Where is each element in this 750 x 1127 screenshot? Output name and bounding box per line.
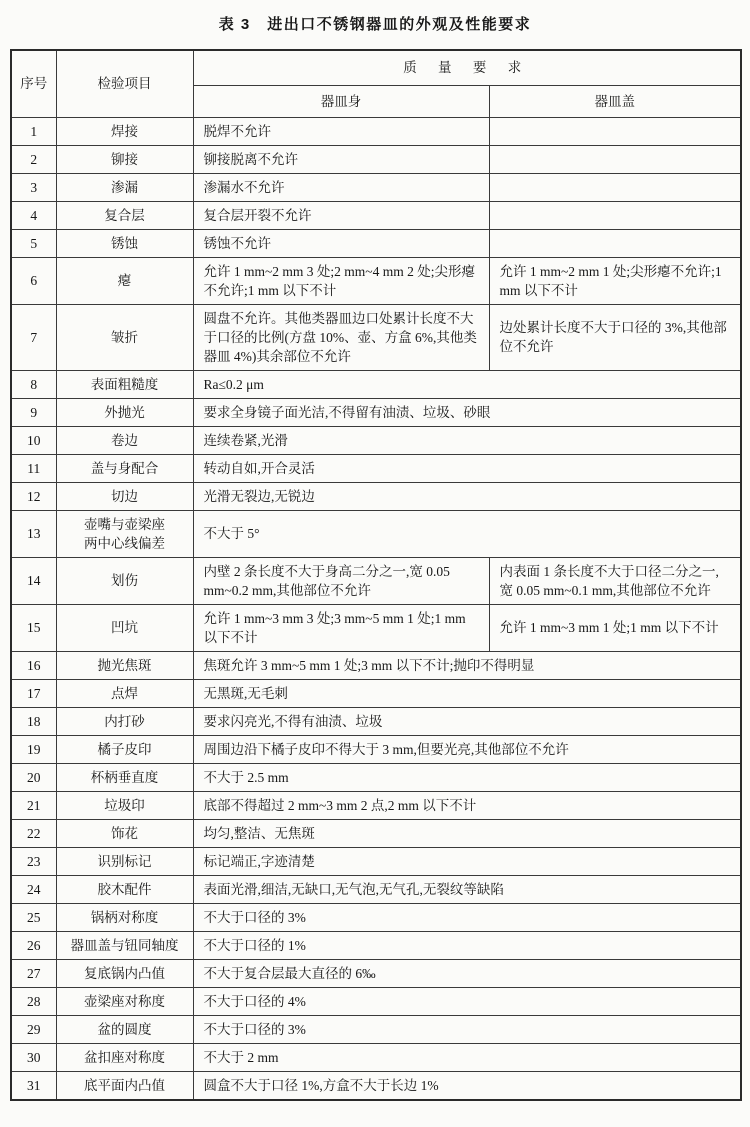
- row-requirement-full-width: 均匀,整洁、无焦斑: [193, 819, 741, 847]
- row-requirement-full-width: 不大于口径的 4%: [193, 987, 741, 1015]
- row-inspection-item: 划伤: [56, 557, 193, 604]
- row-serial-number: 18: [11, 707, 56, 735]
- row-serial-number: 11: [11, 454, 56, 482]
- row-inspection-item: 铆接: [56, 145, 193, 173]
- table-row: 22饰花均匀,整洁、无焦斑: [11, 819, 741, 847]
- row-serial-number: 9: [11, 398, 56, 426]
- row-inspection-item: 橘子皮印: [56, 735, 193, 763]
- row-requirement-vessel-body: 圆盘不允许。其他类器皿边口处累计长度不大于口径的比例(方盘 10%、壶、方盒 6…: [193, 304, 489, 370]
- row-inspection-item: 卷边: [56, 426, 193, 454]
- table-rows: 1焊接脱焊不允许2铆接铆接脱离不允许3渗漏渗漏水不允许4复合层复合层开裂不允许5…: [11, 117, 741, 1100]
- row-requirement-vessel-body: 允许 1 mm~2 mm 3 处;2 mm~4 mm 2 处;尖形瘪不允许;1 …: [193, 257, 489, 304]
- row-serial-number: 6: [11, 257, 56, 304]
- table-row: 7皱折圆盘不允许。其他类器皿边口处累计长度不大于口径的比例(方盘 10%、壶、方…: [11, 304, 741, 370]
- table-row: 23识别标记标记端正,字迹清楚: [11, 847, 741, 875]
- table-row: 11盖与身配合转动自如,开合灵活: [11, 454, 741, 482]
- row-requirement-full-width: 不大于口径的 1%: [193, 931, 741, 959]
- row-serial-number: 20: [11, 763, 56, 791]
- row-requirement-full-width: 光滑无裂边,无锐边: [193, 482, 741, 510]
- row-serial-number: 22: [11, 819, 56, 847]
- row-serial-number: 12: [11, 482, 56, 510]
- row-requirement-vessel-body: 内壁 2 条长度不大于身高二分之一,宽 0.05 mm~0.2 mm,其他部位不…: [193, 557, 489, 604]
- row-inspection-item: 锅柄对称度: [56, 903, 193, 931]
- table-row: 30盆扣座对称度不大于 2 mm: [11, 1043, 741, 1071]
- row-serial-number: 31: [11, 1071, 56, 1100]
- row-serial-number: 19: [11, 735, 56, 763]
- table-row: 13壶嘴与壶梁座 两中心线偏差不大于 5°: [11, 510, 741, 557]
- row-requirement-vessel-lid: [489, 201, 741, 229]
- row-inspection-item: 复底锅内凸值: [56, 959, 193, 987]
- row-inspection-item: 饰花: [56, 819, 193, 847]
- row-requirement-vessel-lid: [489, 117, 741, 145]
- row-inspection-item: 凹坑: [56, 604, 193, 651]
- row-serial-number: 5: [11, 229, 56, 257]
- row-serial-number: 1: [11, 117, 56, 145]
- table-row: 4复合层复合层开裂不允许: [11, 201, 741, 229]
- row-inspection-item: 内打砂: [56, 707, 193, 735]
- table-row: 28壶梁座对称度不大于口径的 4%: [11, 987, 741, 1015]
- row-requirement-vessel-lid: 内表面 1 条长度不大于口径二分之一,宽 0.05 mm~0.1 mm,其他部位…: [489, 557, 741, 604]
- table-row: 31底平面内凸值圆盒不大于口径 1%,方盒不大于长边 1%: [11, 1071, 741, 1100]
- header-serial-number: 序号: [11, 50, 56, 117]
- row-serial-number: 27: [11, 959, 56, 987]
- row-requirement-full-width: Ra≤0.2 μm: [193, 370, 741, 398]
- row-requirement-full-width: 要求闪亮光,不得有油渍、垃圾: [193, 707, 741, 735]
- row-inspection-item: 表面粗糙度: [56, 370, 193, 398]
- row-inspection-item: 瘪: [56, 257, 193, 304]
- table-row: 16抛光焦斑焦斑允许 3 mm~5 mm 1 处;3 mm 以下不计;抛印不得明…: [11, 651, 741, 679]
- row-inspection-item: 外抛光: [56, 398, 193, 426]
- table-row: 1焊接脱焊不允许: [11, 117, 741, 145]
- table-row: 15凹坑允许 1 mm~3 mm 3 处;3 mm~5 mm 1 处;1 mm …: [11, 604, 741, 651]
- row-inspection-item: 垃圾印: [56, 791, 193, 819]
- table-row: 20杯柄垂直度不大于 2.5 mm: [11, 763, 741, 791]
- row-requirement-full-width: 连续卷紧,光滑: [193, 426, 741, 454]
- row-inspection-item: 抛光焦斑: [56, 651, 193, 679]
- table-row: 26器皿盖与钮同轴度不大于口径的 1%: [11, 931, 741, 959]
- row-requirement-vessel-lid: 允许 1 mm~3 mm 1 处;1 mm 以下不计: [489, 604, 741, 651]
- table-row: 17点焊无黑斑,无毛刺: [11, 679, 741, 707]
- row-inspection-item: 器皿盖与钮同轴度: [56, 931, 193, 959]
- row-requirement-full-width: 不大于口径的 3%: [193, 1015, 741, 1043]
- table-row: 3渗漏渗漏水不允许: [11, 173, 741, 201]
- row-inspection-item: 盖与身配合: [56, 454, 193, 482]
- requirements-table: 序号 检验项目 质 量 要 求 器皿身 器皿盖 1焊接脱焊不允许2铆接铆接脱离不…: [10, 49, 742, 1101]
- row-requirement-full-width: 标记端正,字迹清楚: [193, 847, 741, 875]
- header-vessel-lid: 器皿盖: [489, 85, 741, 117]
- row-inspection-item: 切边: [56, 482, 193, 510]
- row-serial-number: 15: [11, 604, 56, 651]
- table-row: 29盆的圆度不大于口径的 3%: [11, 1015, 741, 1043]
- row-requirement-full-width: 表面光滑,细洁,无缺口,无气泡,无气孔,无裂纹等缺陷: [193, 875, 741, 903]
- row-requirement-full-width: 转动自如,开合灵活: [193, 454, 741, 482]
- row-inspection-item: 复合层: [56, 201, 193, 229]
- table-row: 24胶木配件表面光滑,细洁,无缺口,无气泡,无气孔,无裂纹等缺陷: [11, 875, 741, 903]
- row-serial-number: 26: [11, 931, 56, 959]
- header-quality-requirements: 质 量 要 求: [193, 50, 741, 85]
- row-inspection-item: 杯柄垂直度: [56, 763, 193, 791]
- table-caption: 表 3 进出口不锈钢器皿的外观及性能要求: [10, 13, 740, 34]
- row-requirement-vessel-body: 锈蚀不允许: [193, 229, 489, 257]
- row-inspection-item: 点焊: [56, 679, 193, 707]
- row-serial-number: 16: [11, 651, 56, 679]
- row-inspection-item: 皱折: [56, 304, 193, 370]
- row-serial-number: 7: [11, 304, 56, 370]
- table-row: 6瘪允许 1 mm~2 mm 3 处;2 mm~4 mm 2 处;尖形瘪不允许;…: [11, 257, 741, 304]
- row-requirement-full-width: 不大于 2.5 mm: [193, 763, 741, 791]
- row-serial-number: 17: [11, 679, 56, 707]
- row-serial-number: 25: [11, 903, 56, 931]
- row-requirement-full-width: 无黑斑,无毛刺: [193, 679, 741, 707]
- row-requirement-vessel-body: 复合层开裂不允许: [193, 201, 489, 229]
- row-requirement-full-width: 周围边沿下橘子皮印不得大于 3 mm,但要光亮,其他部位不允许: [193, 735, 741, 763]
- row-serial-number: 28: [11, 987, 56, 1015]
- row-requirement-vessel-lid: [489, 145, 741, 173]
- row-inspection-item: 底平面内凸值: [56, 1071, 193, 1100]
- row-requirement-full-width: 要求全身镜子面光洁,不得留有油渍、垃圾、砂眼: [193, 398, 741, 426]
- row-requirement-full-width: 不大于 2 mm: [193, 1043, 741, 1071]
- row-serial-number: 14: [11, 557, 56, 604]
- row-inspection-item: 识别标记: [56, 847, 193, 875]
- row-serial-number: 23: [11, 847, 56, 875]
- table-row: 12切边光滑无裂边,无锐边: [11, 482, 741, 510]
- table-row: 5锈蚀锈蚀不允许: [11, 229, 741, 257]
- table-row: 10卷边连续卷紧,光滑: [11, 426, 741, 454]
- row-requirement-vessel-lid: 允许 1 mm~2 mm 1 处;尖形瘪不允许;1 mm 以下不计: [489, 257, 741, 304]
- row-serial-number: 29: [11, 1015, 56, 1043]
- row-serial-number: 30: [11, 1043, 56, 1071]
- table-row: 18内打砂要求闪亮光,不得有油渍、垃圾: [11, 707, 741, 735]
- table-row: 14划伤内壁 2 条长度不大于身高二分之一,宽 0.05 mm~0.2 mm,其…: [11, 557, 741, 604]
- row-inspection-item: 渗漏: [56, 173, 193, 201]
- row-requirement-full-width: 圆盒不大于口径 1%,方盒不大于长边 1%: [193, 1071, 741, 1100]
- header-inspection-item: 检验项目: [56, 50, 193, 117]
- row-requirement-full-width: 不大于口径的 3%: [193, 903, 741, 931]
- table-row: 27复底锅内凸值不大于复合层最大直径的 6‰: [11, 959, 741, 987]
- row-serial-number: 8: [11, 370, 56, 398]
- row-serial-number: 10: [11, 426, 56, 454]
- row-requirement-full-width: 不大于复合层最大直径的 6‰: [193, 959, 741, 987]
- row-requirement-full-width: 焦斑允许 3 mm~5 mm 1 处;3 mm 以下不计;抛印不得明显: [193, 651, 741, 679]
- row-serial-number: 21: [11, 791, 56, 819]
- row-inspection-item: 壶梁座对称度: [56, 987, 193, 1015]
- document-page: 表 3 进出口不锈钢器皿的外观及性能要求 序号 检验项目 质 量 要 求 器皿身…: [0, 0, 750, 1127]
- row-serial-number: 2: [11, 145, 56, 173]
- row-inspection-item: 焊接: [56, 117, 193, 145]
- table-row: 9外抛光要求全身镜子面光洁,不得留有油渍、垃圾、砂眼: [11, 398, 741, 426]
- table-row: 8表面粗糙度Ra≤0.2 μm: [11, 370, 741, 398]
- row-requirement-full-width: 底部不得超过 2 mm~3 mm 2 点,2 mm 以下不计: [193, 791, 741, 819]
- row-serial-number: 24: [11, 875, 56, 903]
- row-inspection-item: 盆扣座对称度: [56, 1043, 193, 1071]
- row-requirement-vessel-lid: 边处累计长度不大于口径的 3%,其他部位不允许: [489, 304, 741, 370]
- row-inspection-item: 盆的圆度: [56, 1015, 193, 1043]
- header-vessel-body: 器皿身: [193, 85, 489, 117]
- header-row-1: 序号 检验项目 质 量 要 求: [11, 50, 741, 85]
- row-requirement-vessel-body: 渗漏水不允许: [193, 173, 489, 201]
- row-inspection-item: 胶木配件: [56, 875, 193, 903]
- table-row: 2铆接铆接脱离不允许: [11, 145, 741, 173]
- row-requirement-vessel-body: 脱焊不允许: [193, 117, 489, 145]
- row-inspection-item: 壶嘴与壶梁座 两中心线偏差: [56, 510, 193, 557]
- row-requirement-vessel-body: 允许 1 mm~3 mm 3 处;3 mm~5 mm 1 处;1 mm 以下不计: [193, 604, 489, 651]
- table-row: 25锅柄对称度不大于口径的 3%: [11, 903, 741, 931]
- row-requirement-vessel-body: 铆接脱离不允许: [193, 145, 489, 173]
- row-requirement-vessel-lid: [489, 173, 741, 201]
- table-header: 序号 检验项目 质 量 要 求 器皿身 器皿盖: [11, 50, 741, 117]
- row-requirement-vessel-lid: [489, 229, 741, 257]
- row-inspection-item: 锈蚀: [56, 229, 193, 257]
- row-serial-number: 3: [11, 173, 56, 201]
- row-serial-number: 13: [11, 510, 56, 557]
- row-requirement-full-width: 不大于 5°: [193, 510, 741, 557]
- table-row: 19橘子皮印周围边沿下橘子皮印不得大于 3 mm,但要光亮,其他部位不允许: [11, 735, 741, 763]
- row-serial-number: 4: [11, 201, 56, 229]
- table-row: 21垃圾印底部不得超过 2 mm~3 mm 2 点,2 mm 以下不计: [11, 791, 741, 819]
